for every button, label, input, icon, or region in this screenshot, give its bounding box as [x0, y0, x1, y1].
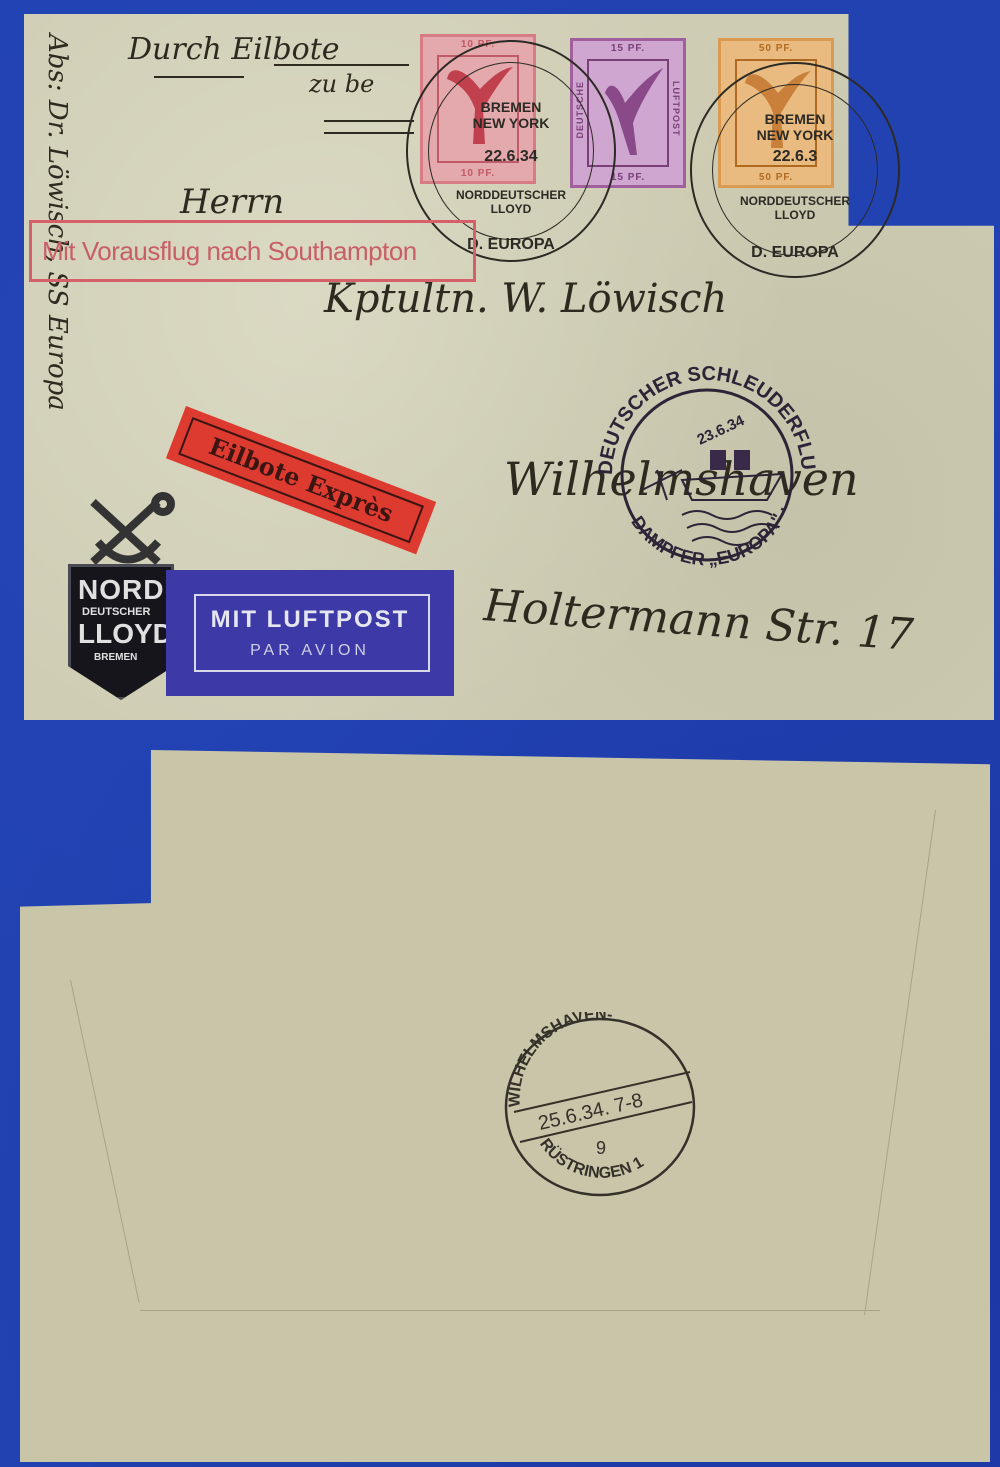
svg-text:23.6.34: 23.6.34	[695, 412, 748, 449]
underline	[324, 132, 414, 134]
svg-text:25.6.34. 7-8: 25.6.34. 7-8	[536, 1089, 645, 1134]
svg-text:9: 9	[596, 1138, 606, 1158]
svg-text:RÜSTRINGEN 1: RÜSTRINGEN 1	[536, 1136, 647, 1182]
airmail-label: MIT LUFTPOST PAR AVION	[166, 570, 454, 696]
ship-icon	[682, 450, 782, 500]
catapult-flight-postmark: DEUTSCHER SCHLEUDERFLUG DAMPFER „EUROPA"…	[582, 350, 832, 600]
handwritten-note-durch-eilbote: Durch Eilbote	[128, 32, 340, 67]
underline	[324, 120, 414, 122]
receiving-postmark: WILHELMSHAVEN- RÜSTRINGEN 1 25.6.34. 7-8…	[500, 1012, 700, 1202]
handwritten-recipient: Kptultn. W. Löwisch	[324, 276, 727, 322]
underline	[274, 64, 409, 66]
ship-postmark-2: BREMEN NEW YORK 22.6.3 NORDDEUTSCHER LLO…	[690, 62, 900, 278]
underline	[154, 76, 244, 78]
flap-fold-line	[140, 1310, 880, 1311]
airplane-icon	[642, 470, 682, 500]
svg-text:DEUTSCHER SCHLEUDERFLUG: DEUTSCHER SCHLEUDERFLUG	[582, 350, 819, 475]
handwritten-salutation: Herrn	[180, 182, 284, 222]
envelope-front: Durch Eilbote zu be Herrn Kptultn. W. Lö…	[24, 14, 994, 720]
handwritten-note-zu-be: zu be	[309, 70, 374, 98]
cachet-vorausflug: Mit Vorausflug nach Southampton	[29, 220, 476, 282]
anchor-key-icon	[78, 492, 178, 572]
